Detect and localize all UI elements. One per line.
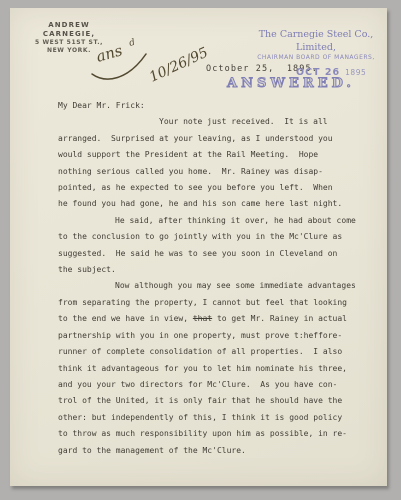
handwriting-date: 10/26/95 [147, 45, 211, 86]
letter-line: to throw as much responsibility upon him… [58, 426, 368, 442]
letter-line: pointed, as he expected to see you befor… [58, 180, 368, 196]
letter-line: and you your two directors for Mc'Clure.… [58, 377, 368, 393]
letter-line: runner of complete consolidation of all … [58, 344, 368, 360]
letter-line: My Dear Mr. Frick: [58, 98, 368, 114]
letter-line: nothing serious called you home. Mr. Rai… [58, 164, 368, 180]
answered-stamp: ANSWERED. [216, 76, 366, 91]
letter-line: Your note just received. It is all [58, 114, 368, 130]
letter-line: gard to the management of the Mc'Clure. [58, 443, 368, 459]
handwriting-superscript-d: d [128, 38, 137, 49]
letter-line: would support the President at the Rail … [58, 147, 368, 163]
company-stamp: The Carnegie Steel Co., Limited, CHAIRMA… [238, 28, 394, 62]
letter-line: trol of the United, it is only fair that… [58, 393, 368, 409]
scan-background: { "colors": { "background": "#b1b0ae", "… [0, 0, 401, 500]
letter-document: ANDREW CARNEGIE, 5 WEST 51ST ST., NEW YO… [10, 8, 387, 486]
letter-body: My Dear Mr. Frick:Your note just receive… [58, 98, 368, 459]
letter-line: arranged. Surprised at your leaving, as … [58, 131, 368, 147]
letter-line: to the end we have in view, that to get … [58, 311, 368, 327]
company-stamp-name: The Carnegie Steel Co., Limited, [238, 28, 394, 54]
letter-line: from separating the property, I cannot b… [58, 295, 368, 311]
letter-line: suggested. He said he was to see you soo… [58, 246, 368, 262]
letter-line: he found you had gone, he and his son ca… [58, 196, 368, 212]
letter-line: Now although you may see some immediate … [58, 278, 368, 294]
handwriting-ans: ans [94, 41, 125, 66]
letter-line: He said, after thinking it over, he had … [58, 213, 368, 229]
letter-line: to the conclusion to go jointly with you… [58, 229, 368, 245]
letter-line: the subject. [58, 262, 368, 278]
letter-line: think it advantageous for you to let him… [58, 361, 368, 377]
struck-word: that [193, 314, 212, 323]
letter-line: partnership with you in one property, mu… [58, 328, 368, 344]
letter-line: other: but independently of this, I thin… [58, 410, 368, 426]
